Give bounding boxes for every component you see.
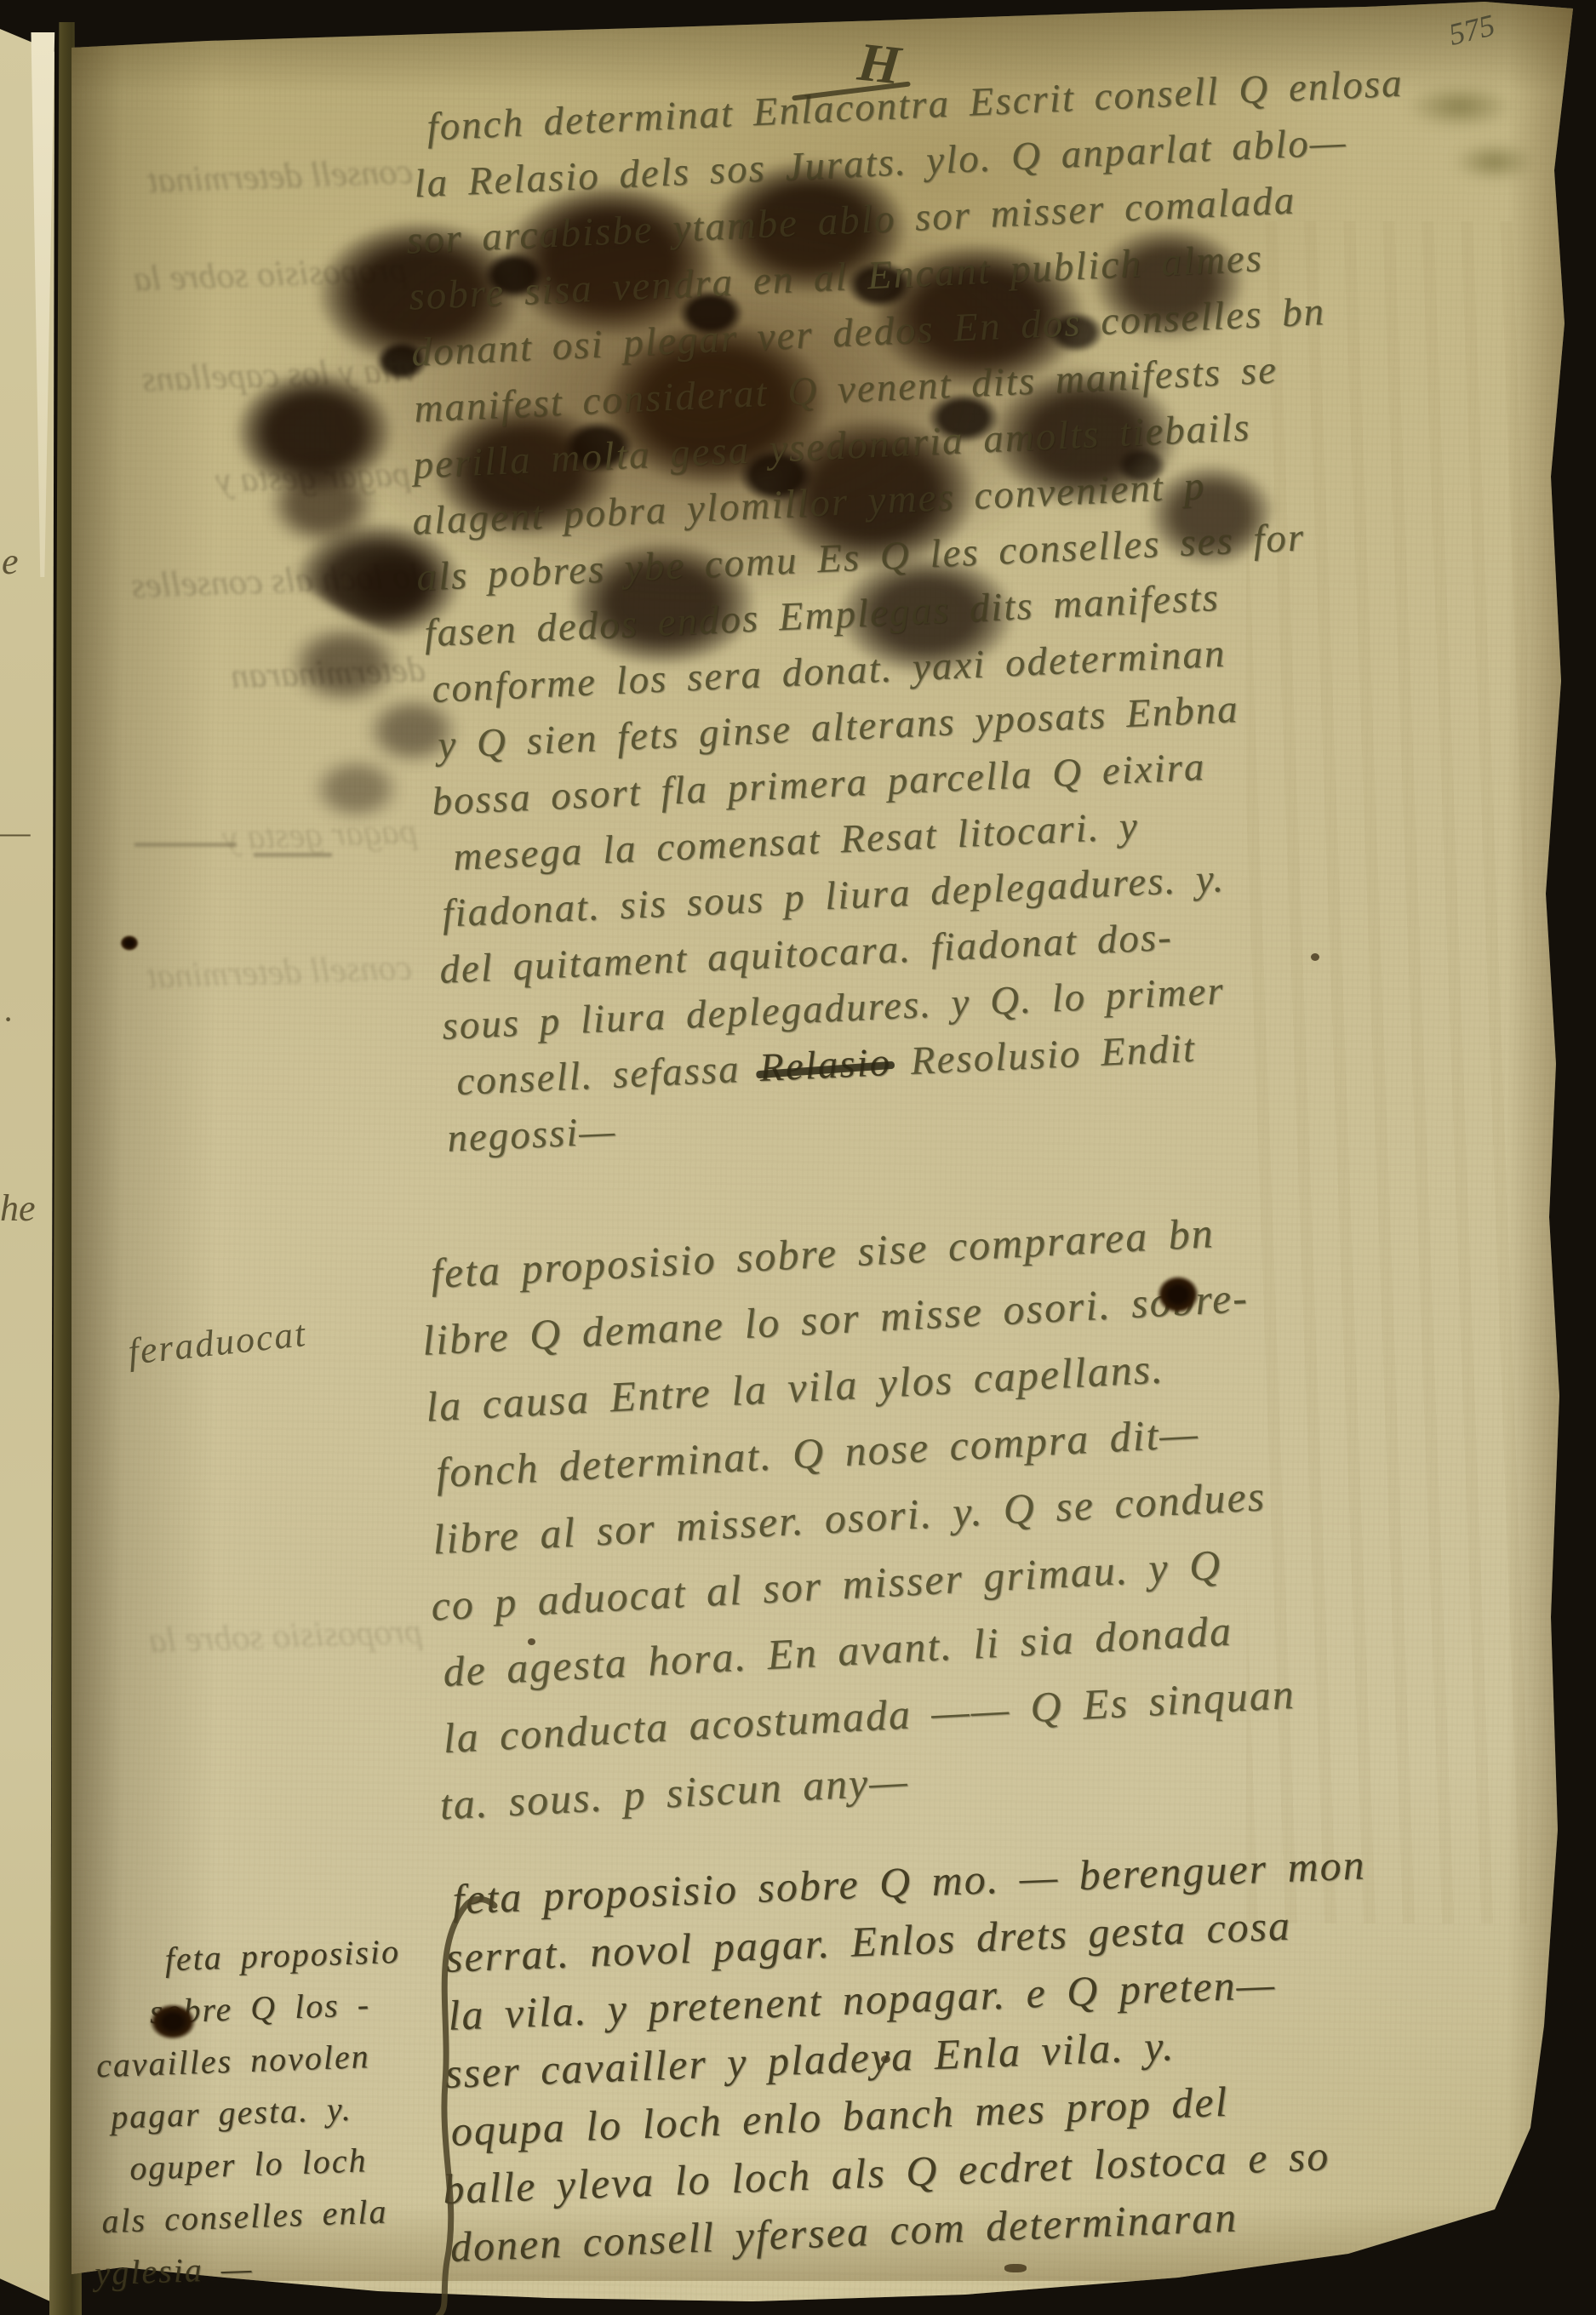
ink-blot: [117, 933, 141, 953]
ghost-dash: [254, 853, 332, 857]
edge-text-fragment: he: [0, 1186, 36, 1230]
right-edge-browning: [1507, 0, 1575, 2315]
edge-text-fragment: ·: [3, 999, 12, 1039]
paper-speck: [1004, 2264, 1027, 2272]
struck-out-word: Relasio: [758, 1040, 892, 1090]
margin-note-knights: feta proposisio sobre Q los - cavailles …: [92, 1925, 412, 2299]
paragraph-montserrat-dispute: feta proposisio sobre Q mo. — berenguer …: [443, 1835, 1380, 2275]
text-line: yglesia —: [94, 2237, 411, 2300]
text-segment: Resolusio Endit: [890, 1026, 1197, 1084]
edge-text-fragment: —: [0, 812, 31, 852]
text-line: oguper lo loch: [129, 2133, 408, 2194]
paragraph-council-resolution: fonch determinat Enlacontra Escrit conse…: [400, 55, 1450, 1167]
text-line: cavailles novolen: [95, 2029, 404, 2092]
edge-smudge: [1439, 136, 1549, 187]
ghost-dash: [134, 843, 237, 847]
text-line: feta proposisio: [164, 1925, 401, 1986]
edge-smudge: [1387, 77, 1532, 136]
text-segment: consell. sefassa: [455, 1046, 760, 1104]
manuscript-photo: e — · he consell determinat proposisio s…: [0, 0, 1596, 2315]
edge-text-fragment: e: [2, 540, 19, 583]
text-line: als conselles enla: [100, 2185, 409, 2248]
ink-blot: [143, 1998, 203, 2045]
margin-divider-line: [387, 1894, 532, 2315]
ink-blot: [1151, 1270, 1205, 1319]
